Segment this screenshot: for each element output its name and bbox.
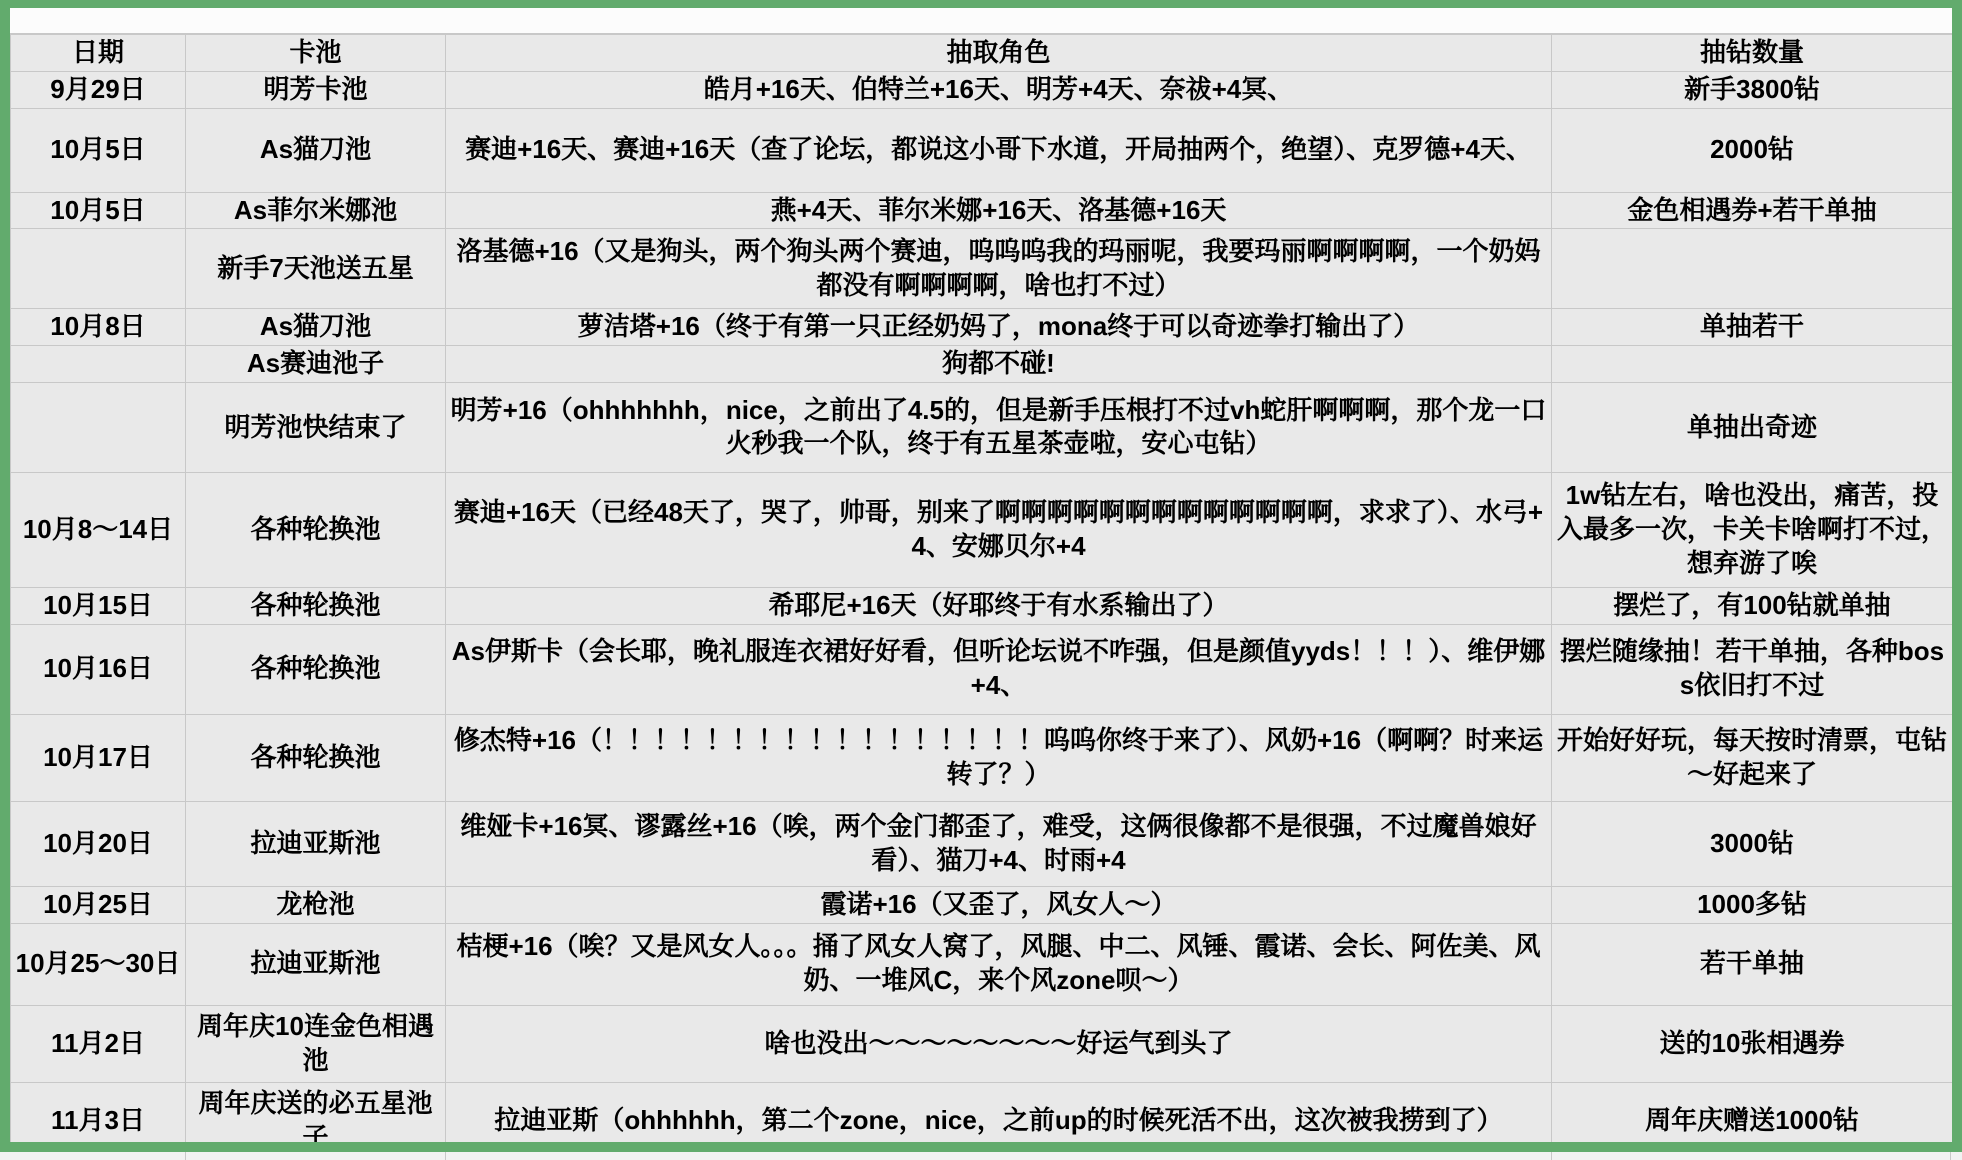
cell-date[interactable]: 10月5日 (11, 108, 186, 192)
cell-gems[interactable]: 2000钻 (1552, 108, 1953, 192)
cell-date[interactable]: 10月17日 (11, 714, 186, 801)
column-header-pool[interactable]: 卡池 (186, 35, 446, 72)
cell-characters[interactable]: 萝洁塔+16（终于有第一只正经奶妈了，mona终于可以奇迹拳打输出了） (446, 309, 1552, 346)
cell-pool[interactable]: As菲尔米娜池 (186, 192, 446, 229)
table-row: 10月5日As菲尔米娜池燕+4天、菲尔米娜+16天、洛基德+16天金色相遇券+若… (11, 192, 1953, 229)
cell-characters[interactable]: 燕+4天、菲尔米娜+16天、洛基德+16天 (446, 192, 1552, 229)
cell-gems[interactable]: 1w钻左右，啥也没出，痛苦，投入最多一次，卡关卡啥啊打不过，想弃游了唉 (1552, 472, 1953, 587)
cell-pool[interactable]: As赛迪池子 (186, 346, 446, 383)
gacha-record-table: 日期 卡池 抽取角色 抽钻数量 9月29日明芳卡池皓月+16天、伯特兰+16天、… (10, 34, 1953, 1152)
cell-date[interactable] (11, 229, 186, 309)
table-row: 10月5日As猫刀池赛迪+16天、赛迪+16天（查了论坛，都说这小哥下水道，开局… (11, 108, 1953, 192)
cell-gems[interactable] (1552, 346, 1953, 383)
partial-next-row (0, 1152, 1962, 1160)
table-row: 明芳池快结束了明芳+16（ohhhhhhh，nice，之前出了4.5的，但是新手… (11, 382, 1953, 472)
table-row: 9月29日明芳卡池皓月+16天、伯特兰+16天、明芳+4天、奈祓+4冥、新手38… (11, 71, 1953, 108)
cell-date[interactable] (11, 382, 186, 472)
table-row: 10月15日各种轮换池希耶尼+16天（好耶终于有水系输出了）摆烂了，有100钻就… (11, 587, 1953, 624)
cell-gems[interactable]: 单抽出奇迹 (1552, 382, 1953, 472)
cell-pool[interactable]: 明芳卡池 (186, 71, 446, 108)
cell-characters[interactable]: 希耶尼+16天（好耶终于有水系输出了） (446, 587, 1552, 624)
cell-gems[interactable]: 开始好好玩，每天按时清票，屯钻～好起来了 (1552, 714, 1953, 801)
selection-border: 日期 卡池 抽取角色 抽钻数量 9月29日明芳卡池皓月+16天、伯特兰+16天、… (0, 0, 1962, 1152)
grid-line (445, 1152, 446, 1160)
cell-date[interactable] (11, 346, 186, 383)
cell-gems[interactable]: 周年庆赠送1000钻 (1552, 1082, 1953, 1152)
table-row: 11月3日周年庆送的必五星池子拉迪亚斯（ohhhhhh，第二个zone，nice… (11, 1082, 1953, 1152)
table-row: 10月8日As猫刀池萝洁塔+16（终于有第一只正经奶妈了，mona终于可以奇迹拳… (11, 309, 1953, 346)
cell-characters[interactable]: 维娅卡+16冥、谬露丝+16（唉，两个金门都歪了，难受，这俩很像都不是很强，不过… (446, 801, 1552, 886)
cell-characters[interactable]: 赛迪+16天（已经48天了，哭了，帅哥，别来了啊啊啊啊啊啊啊啊啊啊啊啊啊，求求了… (446, 472, 1552, 587)
cell-pool[interactable]: 各种轮换池 (186, 587, 446, 624)
cell-pool[interactable]: 新手7天池送五星 (186, 229, 446, 309)
grid-line (1950, 1152, 1951, 1160)
cell-date[interactable]: 10月16日 (11, 624, 186, 714)
table-row: 10月25～30日拉迪亚斯池桔梗+16（唉？又是风女人。。。捅了风女人窝了，风腿… (11, 923, 1953, 1005)
cell-gems[interactable]: 摆烂随缘抽！若干单抽，各种boss依旧打不过 (1552, 624, 1953, 714)
cell-pool[interactable]: 各种轮换池 (186, 714, 446, 801)
cell-pool[interactable]: 各种轮换池 (186, 472, 446, 587)
cell-date[interactable]: 10月25～30日 (11, 923, 186, 1005)
table-row: 10月8～14日各种轮换池赛迪+16天（已经48天了，哭了，帅哥，别来了啊啊啊啊… (11, 472, 1953, 587)
table-row: 11月2日周年庆10连金色相遇池啥也没出～～～～～～～～好运气到头了送的10张相… (11, 1005, 1953, 1082)
cell-characters[interactable]: 狗都不碰! (446, 346, 1552, 383)
table-row: 10月25日龙枪池霞诺+16（又歪了，风女人～）1000多钻 (11, 886, 1953, 923)
empty-top-row[interactable] (10, 8, 1952, 34)
spreadsheet: 日期 卡池 抽取角色 抽钻数量 9月29日明芳卡池皓月+16天、伯特兰+16天、… (0, 0, 1962, 1160)
cell-characters[interactable]: 桔梗+16（唉？又是风女人。。。捅了风女人窝了，风腿、中二、风锤、霞诺、会长、阿… (446, 923, 1552, 1005)
cell-pool[interactable]: 拉迪亚斯池 (186, 801, 446, 886)
cell-date[interactable]: 10月25日 (11, 886, 186, 923)
table-row: 10月16日各种轮换池As伊斯卡（会长耶，晚礼服连衣裙好好看，但听论坛说不咋强，… (11, 624, 1953, 714)
cell-pool[interactable]: 龙枪池 (186, 886, 446, 923)
cell-gems[interactable]: 送的10张相遇券 (1552, 1005, 1953, 1082)
cell-pool[interactable]: As猫刀池 (186, 309, 446, 346)
cell-characters[interactable]: 啥也没出～～～～～～～～好运气到头了 (446, 1005, 1552, 1082)
header-row: 日期 卡池 抽取角色 抽钻数量 (11, 35, 1953, 72)
cell-date[interactable]: 10月8～14日 (11, 472, 186, 587)
cell-characters[interactable]: 明芳+16（ohhhhhhh，nice，之前出了4.5的，但是新手压根打不过vh… (446, 382, 1552, 472)
cell-date[interactable]: 11月2日 (11, 1005, 186, 1082)
cell-date[interactable]: 11月3日 (11, 1082, 186, 1152)
cell-date[interactable]: 10月15日 (11, 587, 186, 624)
column-header-date[interactable]: 日期 (11, 35, 186, 72)
grid-line (185, 1152, 186, 1160)
column-header-gems[interactable]: 抽钻数量 (1552, 35, 1953, 72)
cell-characters[interactable]: 洛基德+16（又是狗头，两个狗头两个赛迪，呜呜呜我的玛丽呢，我要玛丽啊啊啊啊，一… (446, 229, 1552, 309)
cell-characters[interactable]: As伊斯卡（会长耶，晚礼服连衣裙好好看，但听论坛说不咋强，但是颜值yyds！！！… (446, 624, 1552, 714)
cell-gems[interactable]: 摆烂了，有100钻就单抽 (1552, 587, 1953, 624)
cell-pool[interactable]: 周年庆送的必五星池子 (186, 1082, 446, 1152)
table-row: As赛迪池子狗都不碰! (11, 346, 1953, 383)
cell-gems[interactable]: 单抽若干 (1552, 309, 1953, 346)
column-header-characters[interactable]: 抽取角色 (446, 35, 1552, 72)
cell-gems[interactable] (1552, 229, 1953, 309)
table-row: 新手7天池送五星洛基德+16（又是狗头，两个狗头两个赛迪，呜呜呜我的玛丽呢，我要… (11, 229, 1953, 309)
cell-gems[interactable]: 金色相遇券+若干单抽 (1552, 192, 1953, 229)
cell-gems[interactable]: 3000钻 (1552, 801, 1953, 886)
cell-characters[interactable]: 霞诺+16（又歪了，风女人～） (446, 886, 1552, 923)
grid-line (1551, 1152, 1552, 1160)
cell-pool[interactable]: 明芳池快结束了 (186, 382, 446, 472)
cell-date[interactable]: 9月29日 (11, 71, 186, 108)
cell-date[interactable]: 10月20日 (11, 801, 186, 886)
cell-gems[interactable]: 新手3800钻 (1552, 71, 1953, 108)
cell-date[interactable]: 10月5日 (11, 192, 186, 229)
table-row: 10月20日拉迪亚斯池维娅卡+16冥、谬露丝+16（唉，两个金门都歪了，难受，这… (11, 801, 1953, 886)
cell-pool[interactable]: 周年庆10连金色相遇池 (186, 1005, 446, 1082)
cell-characters[interactable]: 拉迪亚斯（ohhhhhh，第二个zone，nice，之前up的时候死活不出，这次… (446, 1082, 1552, 1152)
cell-date[interactable]: 10月8日 (11, 309, 186, 346)
table-row: 10月17日各种轮换池修杰特+16（！！！！！！！！！！！！！！！！！呜呜你终于… (11, 714, 1953, 801)
cell-characters[interactable]: 皓月+16天、伯特兰+16天、明芳+4天、奈祓+4冥、 (446, 71, 1552, 108)
cell-pool[interactable]: As猫刀池 (186, 108, 446, 192)
cell-characters[interactable]: 修杰特+16（！！！！！！！！！！！！！！！！！呜呜你终于来了）、风奶+16（啊… (446, 714, 1552, 801)
cell-gems[interactable]: 若干单抽 (1552, 923, 1953, 1005)
cell-pool[interactable]: 各种轮换池 (186, 624, 446, 714)
cell-characters[interactable]: 赛迪+16天、赛迪+16天（查了论坛，都说这小哥下水道，开局抽两个，绝望）、克罗… (446, 108, 1552, 192)
cell-pool[interactable]: 拉迪亚斯池 (186, 923, 446, 1005)
cell-gems[interactable]: 1000多钻 (1552, 886, 1953, 923)
